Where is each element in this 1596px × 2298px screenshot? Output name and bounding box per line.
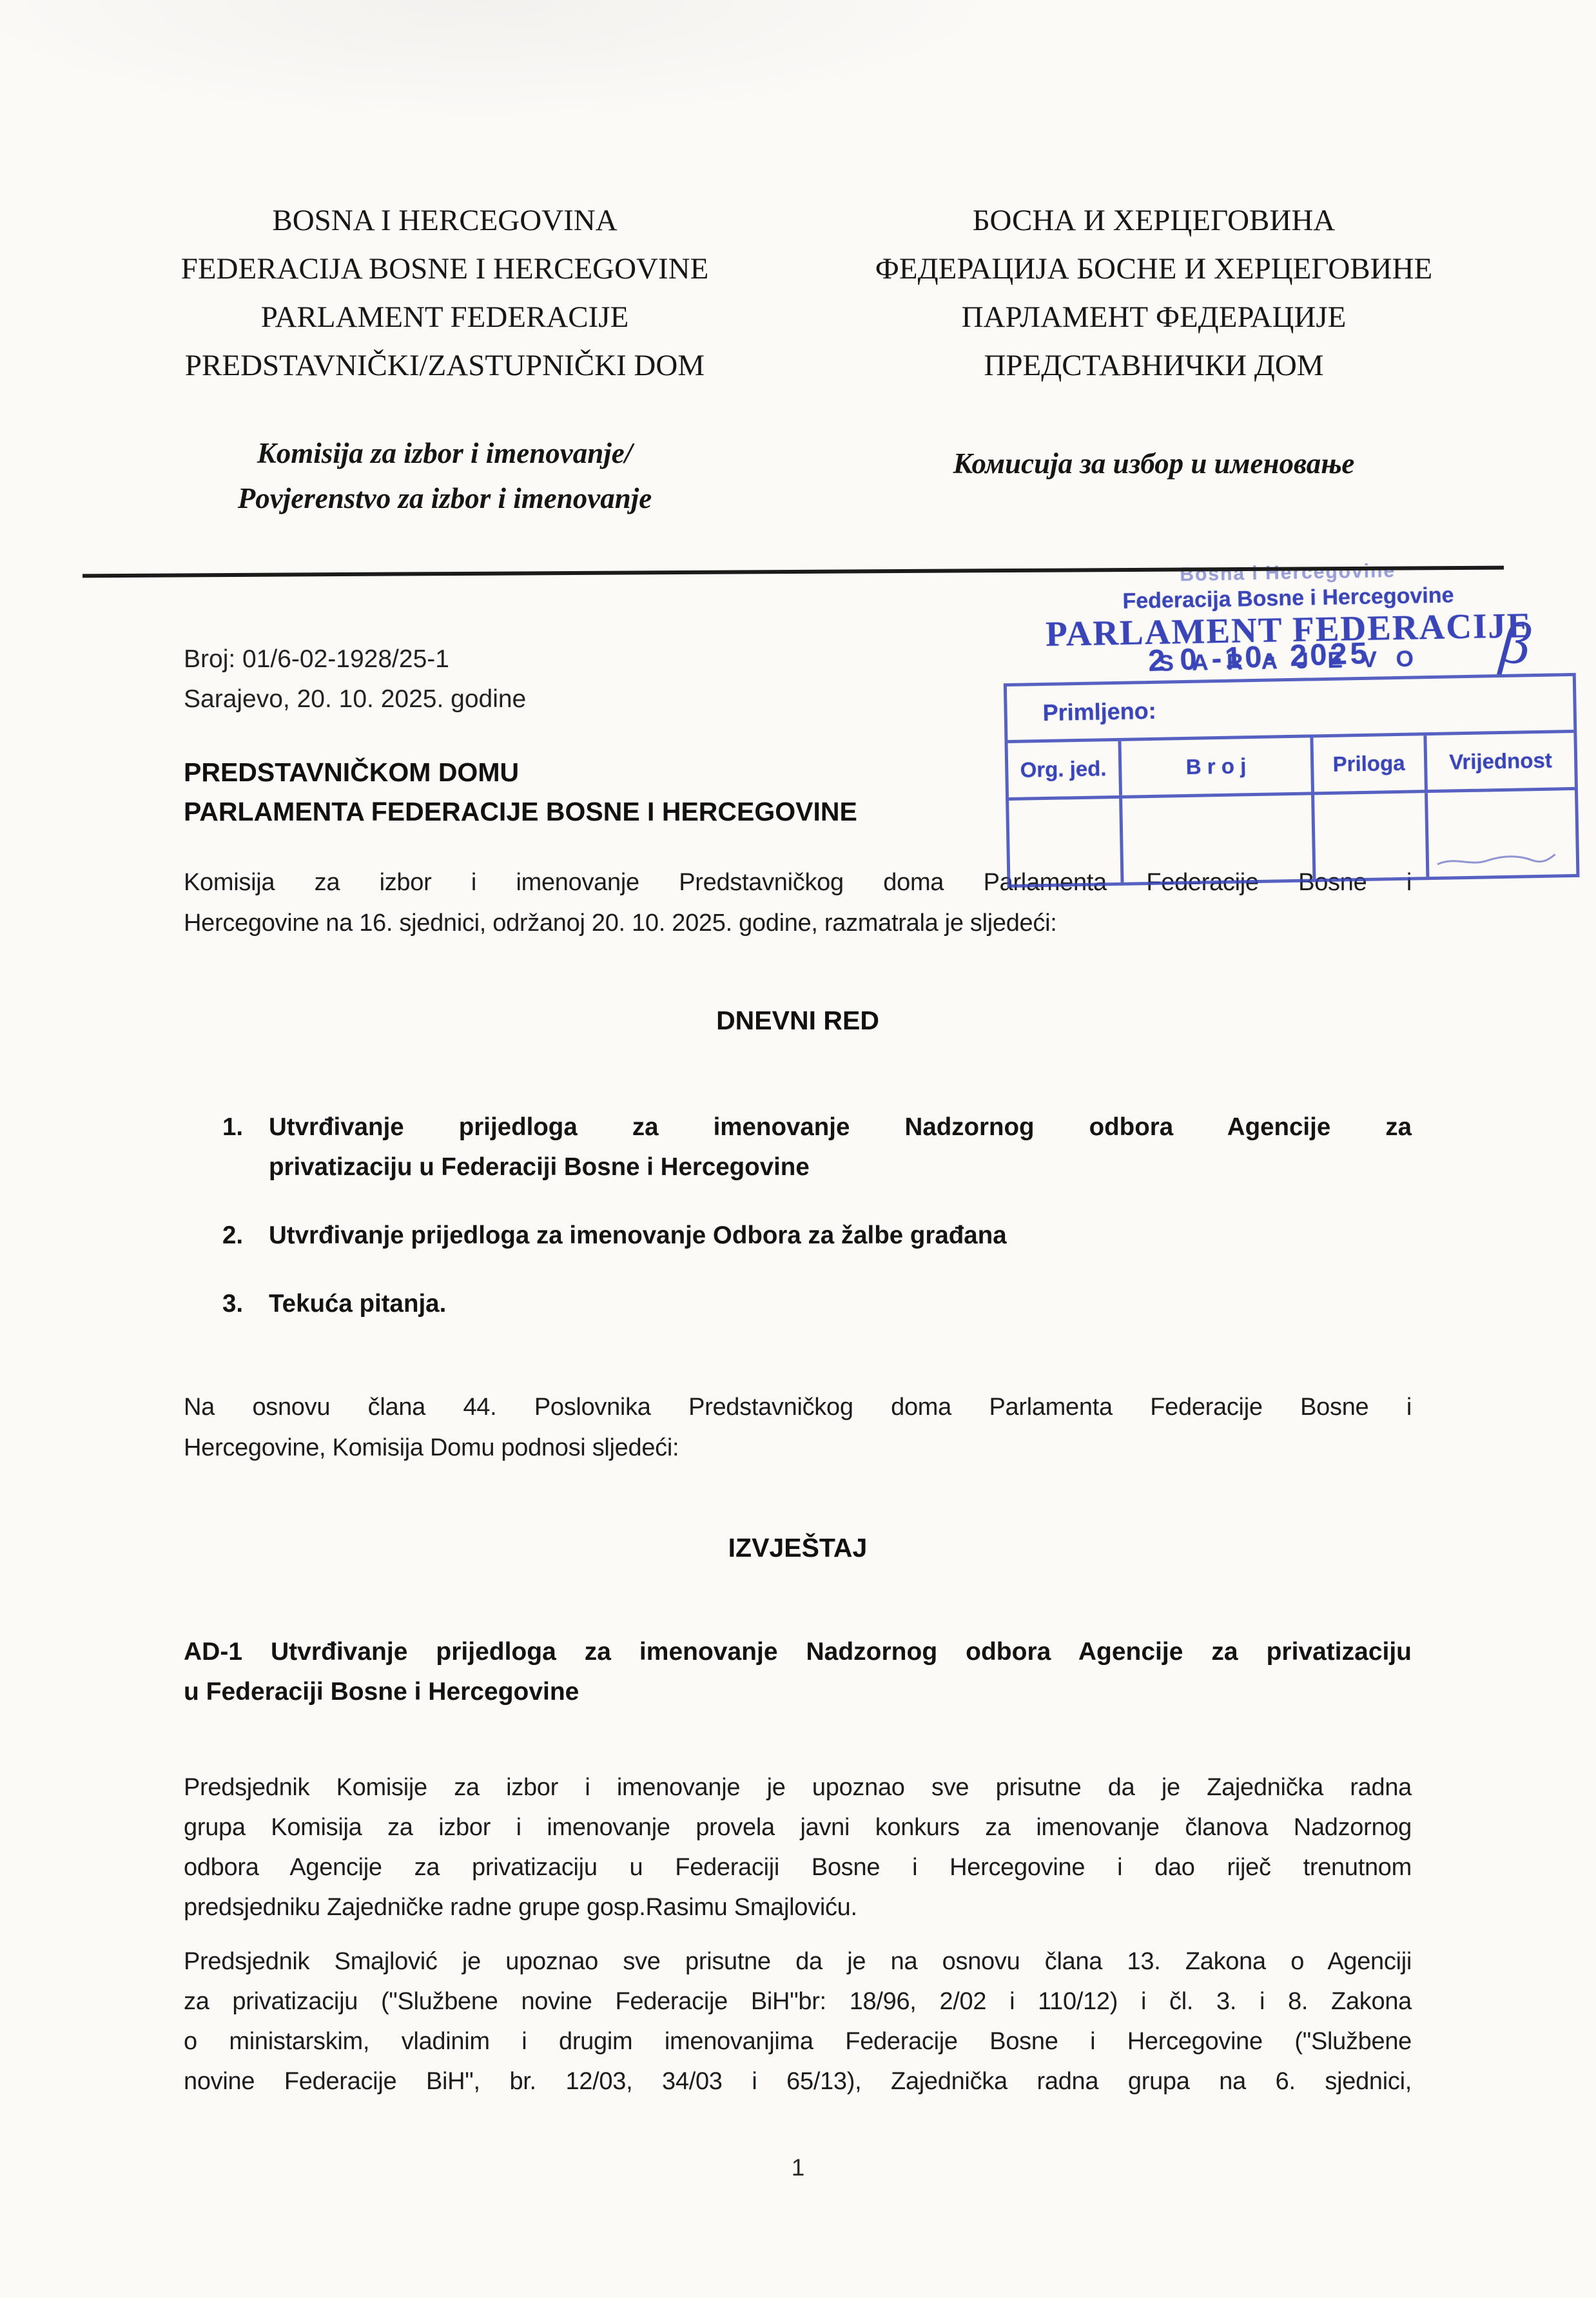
agenda-item-number: 3. — [222, 1284, 269, 1324]
basis-paragraph: Na osnovu člana 44. Poslovnika Predstavn… — [184, 1387, 1412, 1468]
page-number: 1 — [0, 2154, 1596, 2181]
text-line: Utvrđivanje prijedloga za imenovanje Odb… — [269, 1216, 1412, 1256]
addressee-line: PREDSTAVNIČKOM DOMU — [184, 753, 857, 792]
text-line: za privatizaciju ("Službene novine Feder… — [184, 1982, 1412, 2021]
letterhead-right: БОСНА И ХЕРЦЕГОВИНА ФЕДЕРАЦИЈА БОСНЕ И Х… — [806, 197, 1502, 390]
text-line: privatizaciju u Federaciji Bosne i Herce… — [269, 1147, 1412, 1187]
place-and-date: Sarajevo, 20. 10. 2025. godine — [184, 679, 526, 719]
text-line: novine Federacije BiH", br. 12/03, 34/03… — [184, 2061, 1412, 2101]
text-line: Utvrđivanje prijedloga za imenovanje Nad… — [269, 1107, 1412, 1147]
stamp-empty-cell — [1009, 799, 1124, 884]
addressee-line: PARLAMENTA FEDERACIJE BOSNE I HERCEGOVIN… — [184, 792, 857, 832]
text-line: odbora Agencije za privatizaciju u Feder… — [184, 1847, 1412, 1887]
text-line: u Federaciji Bosne i Hercegovine — [184, 1672, 1412, 1712]
letterhead-line: ПРЕДСТАВНИЧКИ ДОМ — [806, 342, 1502, 390]
agenda-title: DNEVNI RED — [184, 1006, 1412, 1036]
text-line: Predsjednik Komisije za izbor i imenovan… — [184, 1767, 1412, 1807]
text-line: Hercegovine na 16. sjednici, održanoj 20… — [184, 903, 1412, 944]
agenda-item-3: 3. Tekuća pitanja. — [222, 1284, 1412, 1324]
stamp-empty-row — [1009, 790, 1576, 884]
committee-line: Комисија за избор и именовање — [806, 441, 1502, 486]
report-title: IZVJEŠTAJ — [184, 1533, 1412, 1563]
stamp-header-row: Org. jed. B r o j Priloga Vrijednost — [1008, 733, 1575, 801]
ad1-heading: AD-1 Utvrđivanje prijedloga za imenovanj… — [184, 1632, 1412, 1712]
committee-name-cyrillic: Комисија за избор и именовање — [806, 441, 1502, 486]
agenda-item-number: 2. — [222, 1216, 269, 1256]
text-line: Tekuća pitanja. — [269, 1284, 1412, 1324]
scanned-document-page: BOSNA I HERCEGOVINA FEDERACIJA BOSNE I H… — [0, 0, 1596, 2298]
text-line: Hercegovine, Komisija Domu podnosi sljed… — [184, 1428, 1412, 1468]
letterhead-line: БОСНА И ХЕРЦЕГОВИНА — [806, 197, 1502, 245]
stamp-col-vrijednost: Vrijednost — [1426, 733, 1575, 790]
letterhead-line: BOSNA I HERCEGOVINA — [97, 197, 793, 245]
stamp-received-row: Primljeno: — [1007, 676, 1573, 743]
agenda-item-number: 1. — [222, 1107, 269, 1187]
agenda-item-text: Utvrđivanje prijedloga za imenovanje Odb… — [269, 1216, 1412, 1256]
stamp-empty-cell — [1122, 795, 1316, 882]
letterhead-line: FEDERACIJA BOSNE I HERCEGOVINE — [97, 245, 793, 293]
stamp-pen-scribble-icon — [1435, 848, 1558, 870]
letterhead-left: BOSNA I HERCEGOVINA FEDERACIJA BOSNE I H… — [97, 197, 793, 390]
stamp-col-org-jed: Org. jed. — [1008, 741, 1122, 797]
reference-number: Broj: 01/6-02-1928/25-1 — [184, 639, 526, 679]
agenda-list: 1. Utvrđivanje prijedloga za imenovanje … — [222, 1107, 1412, 1352]
text-line: Na osnovu člana 44. Poslovnika Predstavn… — [184, 1387, 1412, 1428]
letterhead-line: ФЕДЕРАЦИЈА БОСНЕ И ХЕРЦЕГОВИНЕ — [806, 245, 1502, 293]
receipt-stamp: Bosna i Hercegovine Federacija Bosne i H… — [1002, 557, 1580, 888]
reference-block: Broj: 01/6-02-1928/25-1 Sarajevo, 20. 10… — [184, 639, 526, 719]
text-line: o ministarskim, vladinim i drugim imenov… — [184, 2021, 1412, 2061]
stamp-col-broj: B r o j — [1121, 737, 1314, 795]
stamp-col-priloga: Priloga — [1314, 735, 1428, 792]
committee-line: Komisija za izbor i imenovanje/ — [97, 431, 793, 476]
ad1-paragraph-2: Predsjednik Smajlović je upoznao sve pri… — [184, 1942, 1412, 2101]
letterhead-line: PREDSTAVNIČKI/ZASTUPNIČKI DOM — [97, 342, 793, 390]
text-line: predsjedniku Zajedničke radne grupe gosp… — [184, 1887, 1412, 1927]
agenda-item-text: Utvrđivanje prijedloga za imenovanje Nad… — [269, 1107, 1412, 1187]
committee-name-latin: Komisija za izbor i imenovanje/ Povjeren… — [97, 431, 793, 521]
agenda-item-text: Tekuća pitanja. — [269, 1284, 1412, 1324]
committee-line: Povjerenstvo za izbor i imenovanje — [97, 476, 793, 521]
agenda-item-1: 1. Utvrđivanje prijedloga za imenovanje … — [222, 1107, 1412, 1187]
letterhead-line: PARLAMENT FEDERACIJE — [97, 293, 793, 342]
text-line: AD-1 Utvrđivanje prijedloga za imenovanj… — [184, 1632, 1412, 1672]
agenda-item-2: 2. Utvrđivanje prijedloga za imenovanje … — [222, 1216, 1412, 1256]
ad1-paragraph-1: Predsjednik Komisije za izbor i imenovan… — [184, 1767, 1412, 1927]
addressee-block: PREDSTAVNIČKOM DOMU PARLAMENTA FEDERACIJ… — [184, 753, 857, 832]
stamp-empty-cell — [1314, 793, 1429, 879]
stamp-received-label: Primljeno: — [1042, 697, 1156, 726]
text-line: grupa Komisija za izbor i imenovanje pro… — [184, 1807, 1412, 1847]
stamp-handwritten-mark: β — [1498, 612, 1533, 674]
letterhead-line: ПАРЛАМЕНТ ФЕДЕРАЦИЈЕ — [806, 293, 1502, 342]
text-line: Predsjednik Smajlović je upoznao sve pri… — [184, 1942, 1412, 1982]
